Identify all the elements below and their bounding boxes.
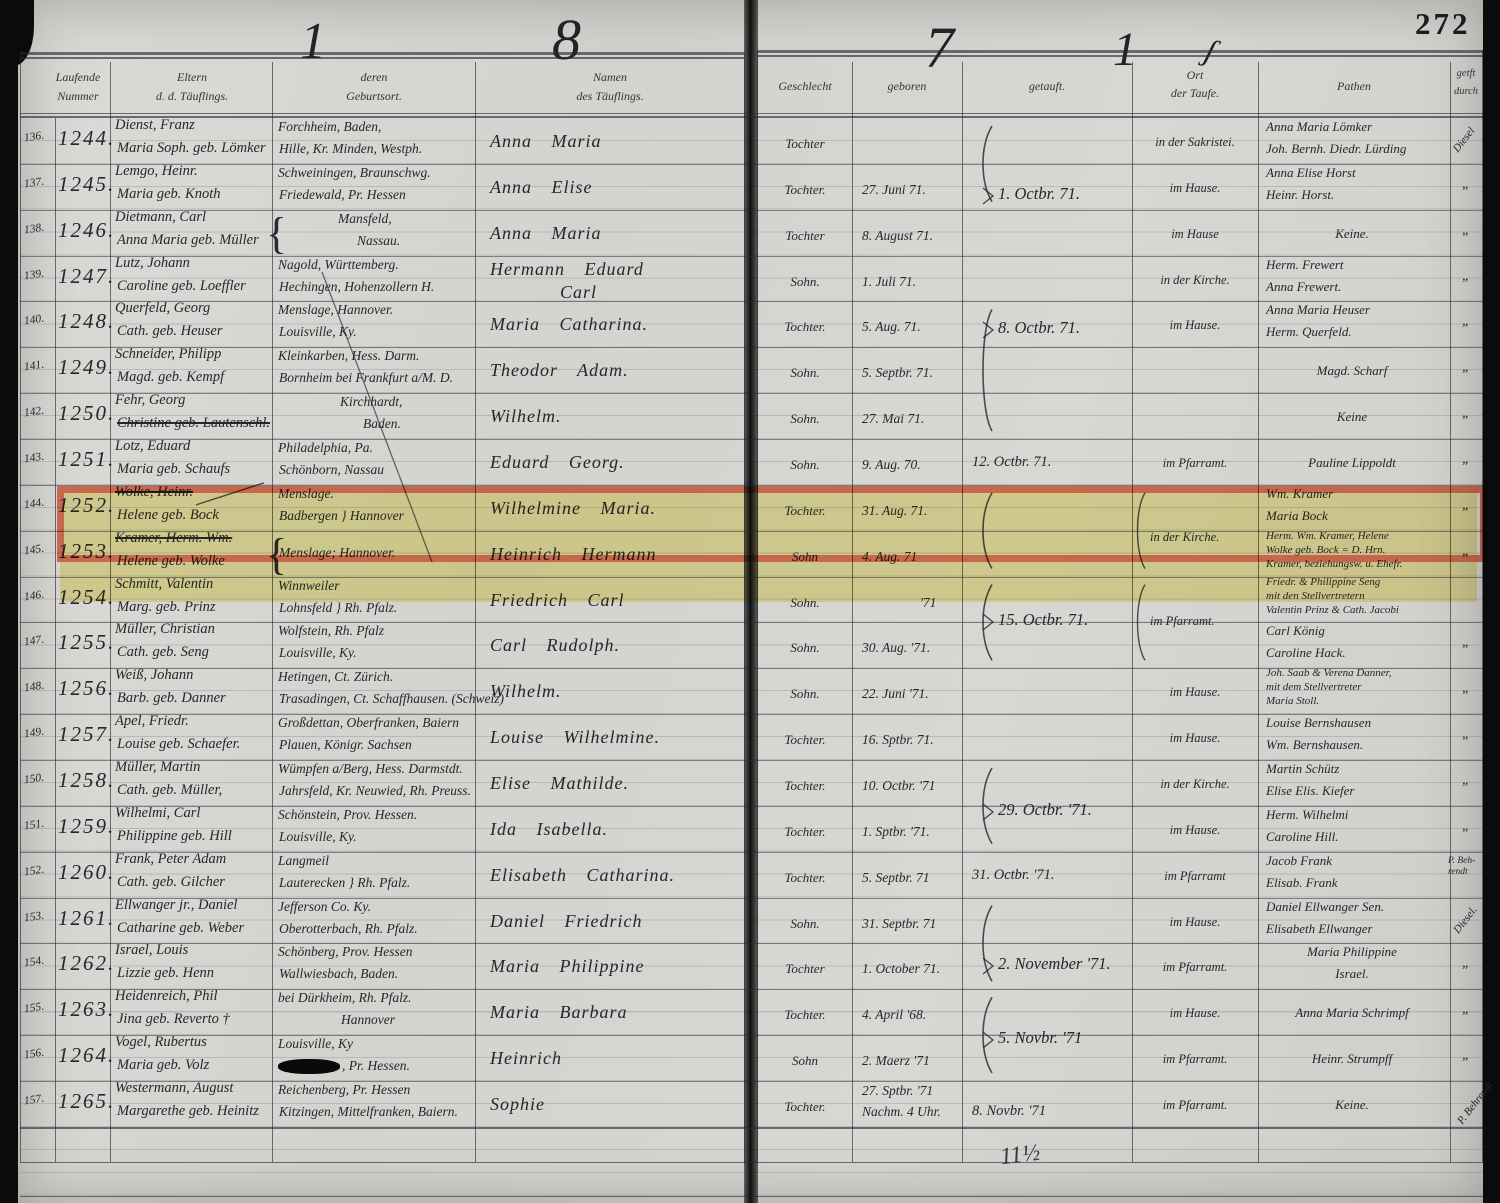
mother-name: Maria geb. Knoth: [117, 186, 221, 203]
baptism-place-group: in der Kirche.: [1150, 530, 1219, 545]
birthplace-line1: Nagold, Württemberg.: [278, 257, 399, 273]
mother-name: Lizzie geb. Henn: [117, 965, 214, 982]
mother-name: Helene geb. Bock: [117, 507, 219, 524]
sponsors-line: Valentin Prinz & Cath. Jacobi: [1266, 604, 1399, 616]
entry-number: 1246.: [58, 218, 115, 243]
entry-number: 1245.: [58, 172, 115, 197]
birthplace-line2: Wallwiesbach, Baden.: [279, 966, 398, 982]
birthplace-line1: Menslage.: [278, 486, 334, 502]
sponsors-line: Kramer, beziehungsw. u. Ehefr.: [1266, 558, 1402, 570]
entry-number: 1257.: [58, 722, 115, 747]
birthplace-line1: Winnweiler: [278, 578, 340, 594]
sponsors-line: Friedr. & Philippine Seng: [1266, 576, 1380, 588]
mother-name: Cath. geb. Seng: [117, 644, 209, 661]
baptism-date-group: 29. Octbr. '71.: [998, 800, 1092, 820]
register-entries: LaufendeNummerElternd. d. Täuflings.dere…: [0, 0, 1500, 1203]
mother-name: Christine geb. Lautenschl.: [117, 415, 270, 432]
sponsors-line: Elise Elis. Kiefer: [1266, 783, 1354, 799]
sponsors-line: Anna Maria Lömker: [1266, 119, 1372, 135]
row-index: 140.: [23, 313, 45, 328]
column-header-right-5-b: durch: [1454, 86, 1478, 97]
sponsors-line: Anna Maria Schrimpf: [1295, 1005, 1408, 1021]
baptism-place: im Pfarramt.: [1163, 456, 1228, 471]
baptism-place: im Pfarramt.: [1163, 960, 1228, 975]
birthplace-line1: Forchheim, Baden,: [278, 119, 381, 135]
entry-number: 1259.: [58, 814, 115, 839]
child-name: Maria Philippine: [490, 956, 645, 977]
sponsors-line: mit den Stellvertretern: [1266, 590, 1365, 602]
baptism-place: im Hause.: [1170, 318, 1221, 333]
sponsors-line: Carl König: [1266, 623, 1325, 639]
baptized-by: „: [1462, 635, 1470, 651]
entry-number: 1247.: [58, 264, 115, 289]
child-name: Carl: [560, 282, 597, 303]
sponsors-line: Anna Maria Heuser: [1266, 302, 1370, 318]
baptism-date-group: 5. Novbr. '71: [998, 1028, 1082, 1048]
mother-name: Louise geb. Schaefer.: [117, 736, 240, 753]
baptism-register-scan: 272 1 8 7 1 ʃ 11½ LaufendeNummerElternd.…: [0, 0, 1500, 1203]
birthplace-line1: Louisville, Ky: [278, 1036, 353, 1052]
birthplace-line2: Jahrsfeld, Kr. Neuwied, Rh. Preuss.: [279, 783, 471, 799]
father-name: Müller, Martin: [115, 759, 200, 776]
baptized-by: „: [1462, 544, 1470, 560]
mother-name: Philippine geb. Hill: [117, 828, 232, 845]
row-index: 141.: [23, 359, 45, 374]
father-name: Ellwanger jr., Daniel: [115, 897, 237, 914]
baptized-by: „: [1462, 223, 1470, 239]
birth-date: 27. Sptbr. '71: [862, 1083, 933, 1099]
baptized-by: „: [1462, 269, 1470, 285]
column-header-left-3: Namen: [593, 70, 627, 85]
entry-number: 1255.: [58, 630, 115, 655]
birthplace-line1: Langmeil: [278, 853, 329, 869]
mother-name: Maria Soph. geb. Lömker: [117, 140, 266, 157]
sponsors-line: Wolke geb. Bock = D. Hrn.: [1266, 544, 1385, 556]
column-header-right-2: getauft.: [1029, 79, 1065, 94]
baptized-by: „: [1462, 956, 1470, 972]
row-index: 156.: [23, 1047, 45, 1062]
sponsors-line: mit dem Stellvertreter: [1266, 681, 1362, 693]
child-name: Heinrich: [490, 1048, 562, 1069]
column-header-left-2: deren: [361, 70, 388, 85]
birthplace-line1: Mansfeld,: [338, 211, 392, 227]
row-index: 144.: [23, 497, 45, 512]
father-name: Fehr, Georg: [115, 392, 185, 409]
column-header-left-1: Eltern: [177, 70, 207, 85]
child-name: Daniel Friedrich: [490, 911, 642, 932]
mother-name: Maria geb. Schaufs: [117, 461, 230, 478]
row-index: 143.: [23, 451, 45, 466]
baptized-by: „: [1462, 1048, 1470, 1064]
row-index: 136.: [23, 130, 45, 145]
baptized-by: „: [1462, 177, 1470, 193]
sponsors-line: Maria Philippine: [1307, 944, 1397, 960]
father-name: Apel, Friedr.: [115, 713, 189, 730]
baptism-date-group: 15. Octbr. 71.: [998, 610, 1088, 630]
sponsors-line: Caroline Hack.: [1266, 645, 1346, 661]
entry-number: 1260.: [58, 860, 115, 885]
sponsors-line: Keine.: [1335, 1097, 1369, 1113]
birthplace-line1: Hetingen, Ct. Zürich.: [278, 669, 393, 685]
baptized-by: „: [1462, 406, 1470, 422]
birth-date: 4. April '68.: [862, 1007, 926, 1023]
sponsors-line: Wm. Kramer: [1266, 486, 1333, 502]
mother-name: Magd. geb. Kempf: [117, 369, 224, 386]
birth-date: 22. Juni '71.: [862, 686, 929, 702]
gender: Sohn.: [790, 595, 819, 611]
child-name: Eduard Georg.: [490, 452, 625, 473]
mother-name: Cath. geb. Heuser: [117, 323, 223, 340]
entry-number: 1265.: [58, 1089, 115, 1114]
father-name: Wolke, Heinr.: [115, 484, 193, 501]
gender: Tochter.: [784, 870, 825, 886]
father-name: Schneider, Philipp: [115, 346, 221, 363]
sponsors-line: Israel.: [1335, 966, 1369, 982]
sponsors-line: Magd. Scharf: [1317, 363, 1388, 379]
entry-number: 1256.: [58, 676, 115, 701]
birthplace-line2: Schönborn, Nassau: [279, 462, 384, 478]
birthplace-line2: Louisville, Ky.: [279, 324, 357, 340]
birth-date: 5. Septbr. 71: [862, 870, 930, 886]
row-index: 153.: [23, 909, 45, 924]
mother-name: Helene geb. Wolke: [117, 553, 225, 570]
entry-number: 1244.: [58, 126, 115, 151]
sponsors-line: Herm. Wilhelmi: [1266, 807, 1348, 823]
father-name: Lemgo, Heinr.: [115, 163, 198, 180]
birthplace-line1: Kirchhardt,: [340, 394, 402, 410]
father-name: Lutz, Johann: [115, 255, 190, 272]
baptism-date: 12. Octbr. 71.: [972, 454, 1051, 471]
baptized-by: „: [1462, 727, 1470, 743]
gender: Sohn.: [790, 365, 819, 381]
birth-date: Nachm. 4 Uhr.: [862, 1104, 941, 1120]
entry-number: 1262.: [58, 951, 115, 976]
birth-date: 1. Juli 71.: [862, 274, 916, 290]
column-header-right-3-b: der Taufe.: [1171, 86, 1219, 101]
father-name: Querfeld, Georg: [115, 300, 210, 317]
mother-name: Margarethe geb. Heinitz: [117, 1103, 259, 1120]
birthplace-line2: Nassau.: [357, 233, 400, 249]
entry-number: 1251.: [58, 447, 115, 472]
sponsors-line: Elisabeth Ellwanger: [1266, 921, 1373, 937]
child-name: Sophie: [490, 1094, 545, 1115]
birthplace-line2: Louisville, Ky.: [279, 829, 357, 845]
child-name: Wilhelm.: [490, 406, 562, 427]
column-header-right-1: geboren: [888, 79, 927, 94]
father-name: Lotz, Eduard: [115, 438, 190, 455]
entry-number: 1248.: [58, 309, 115, 334]
birthplace-line1: Schweiningen, Braunschwg.: [278, 165, 431, 181]
baptism-place: in der Kirche.: [1160, 273, 1229, 288]
birthplace-line1: bei Dürkheim, Rh. Pfalz.: [278, 990, 411, 1006]
mother-name: Barb. geb. Danner: [117, 690, 226, 707]
birthplace-line1: Schönberg, Prov. Hessen: [278, 944, 412, 960]
row-index: 150.: [23, 772, 45, 787]
father-name: Müller, Christian: [115, 621, 215, 638]
gender: Sohn.: [790, 457, 819, 473]
sponsors-line: Wm. Bernshausen.: [1266, 737, 1363, 753]
mother-name: Cath. geb. Gilcher: [117, 874, 225, 891]
birthplace-line2: Hechingen, Hohenzollern H.: [279, 279, 434, 295]
row-index: 145.: [23, 542, 45, 557]
baptism-place: im Hause.: [1170, 685, 1221, 700]
mother-name: Catharine geb. Weber: [117, 920, 244, 937]
gender: Tochter.: [784, 319, 825, 335]
row-index: 149.: [23, 726, 45, 741]
child-name: Carl Rudolph.: [490, 635, 620, 656]
baptism-date-group: 2. November '71.: [998, 954, 1111, 974]
mother-name: Anna Maria geb. Müller: [117, 232, 259, 249]
child-name: Anna Elise: [490, 177, 593, 198]
gender: Tochter: [785, 228, 824, 244]
birthplace-line1: Schönstein, Prov. Hessen.: [278, 807, 417, 823]
birthplace-line2: Louisville, Ky.: [279, 645, 357, 661]
baptism-place: in der Sakristei.: [1155, 135, 1235, 150]
birth-date: 9. Aug. 70.: [862, 457, 921, 473]
birthplace-line1: Kleinkarben, Hess. Darm.: [278, 348, 419, 364]
row-index: 157.: [23, 1093, 45, 1108]
gender: Tochter.: [784, 503, 825, 519]
sponsors-line: Herm. Wm. Kramer, Helene: [1266, 530, 1389, 542]
birth-date: 5. Septbr. 71.: [862, 365, 933, 381]
baptism-place: im Hause.: [1170, 731, 1221, 746]
sponsors-line: Joh. Saab & Verena Danner,: [1266, 667, 1391, 679]
sponsors-line: Heinr. Horst.: [1266, 187, 1334, 203]
baptism-place: im Hause.: [1170, 915, 1221, 930]
sponsors-line: Caroline Hill.: [1266, 829, 1338, 845]
father-name: Vogel, Rubertus: [115, 1034, 207, 1051]
baptized-by: Diesel: [1451, 125, 1478, 155]
sponsors-line: Keine.: [1335, 226, 1369, 242]
father-name: Israel, Louis: [115, 942, 188, 959]
row-index: 147.: [23, 634, 45, 649]
baptized-by: „: [1462, 819, 1470, 835]
gender: Tochter.: [784, 1099, 825, 1115]
entry-number: 1258.: [58, 768, 115, 793]
birth-date: 27. Mai 71.: [862, 411, 924, 427]
entry-number: 1253.: [58, 539, 115, 564]
birthplace-line2: Trasadingen, Ct. Schaffhausen. (Schweiz): [279, 691, 504, 707]
baptism-place: in der Kirche.: [1160, 777, 1229, 792]
row-index: 139.: [23, 267, 45, 282]
father-name: Dietmann, Carl: [115, 209, 206, 226]
gender: Sohn.: [790, 686, 819, 702]
birthplace-line2: Oberotterbach, Rh. Pfalz.: [279, 921, 418, 937]
child-name: Friedrich Carl: [490, 590, 625, 611]
birth-date: 5. Aug. 71.: [862, 319, 921, 335]
birth-date: 1. October 71.: [862, 961, 940, 977]
column-header-left-2-b: Geburtsort.: [346, 89, 402, 104]
child-name: Wilhelmine Maria.: [490, 498, 656, 519]
column-header-right-3: Ort: [1187, 68, 1204, 83]
baptism-date-group: 1. Octbr. 71.: [998, 184, 1080, 204]
birthplace-line2: Lauterecken } Rh. Pfalz.: [279, 875, 410, 891]
mother-name: Cath. geb. Müller,: [117, 782, 222, 799]
birthplace-line2: Kitzingen, Mittelfranken, Baiern.: [279, 1104, 458, 1120]
gender: Tochter.: [784, 824, 825, 840]
father-name: Westermann, August: [115, 1080, 233, 1097]
birthplace-line1: Reichenberg, Pr. Hessen: [278, 1082, 410, 1098]
baptism-place: im Pfarramt.: [1163, 1052, 1228, 1067]
mother-name: Marg. geb. Prinz: [117, 599, 216, 616]
row-index: 146.: [23, 588, 45, 603]
baptism-date: 31. Octbr. '71.: [972, 867, 1054, 884]
birthplace-line2: Menslage; Hannover.: [279, 545, 395, 561]
baptism-place: im Pfarramt.: [1163, 1098, 1228, 1113]
baptized-by: P. Beh-: [1448, 856, 1475, 866]
entry-number: 1254.: [58, 585, 115, 610]
sponsors-line: Anna Elise Horst: [1266, 165, 1356, 181]
gender: Tochter.: [784, 778, 825, 794]
birthplace-line1: Großdettan, Oberfranken, Baiern: [278, 715, 459, 731]
entry-number: 1264.: [58, 1043, 115, 1068]
birthplace-line1: Philadelphia, Pa.: [278, 440, 373, 456]
child-name: Elisabeth Catharina.: [490, 865, 675, 886]
baptized-by: „: [1462, 314, 1470, 330]
baptism-place: im Hause.: [1170, 823, 1221, 838]
baptism-place: im Hause.: [1170, 1006, 1221, 1021]
ink-blot: [278, 1059, 340, 1074]
father-name: Heidenreich, Phil: [115, 988, 218, 1005]
baptism-place: im Hause.: [1170, 181, 1221, 196]
gender: Sohn.: [790, 640, 819, 656]
column-header-left-0: Laufende: [56, 70, 101, 85]
column-header-right-5: getft: [1457, 68, 1476, 79]
birthplace-line1: Menslage, Hannover.: [278, 302, 393, 318]
child-name: Ida Isabella.: [490, 819, 608, 840]
baptism-place: im Hause: [1171, 227, 1219, 242]
entry-number: 1250.: [58, 401, 115, 426]
baptized-by: „: [1462, 360, 1470, 376]
baptized-by: „: [1462, 1002, 1470, 1018]
child-name: Elise Mathilde.: [490, 773, 629, 794]
birth-date: 31. Aug. 71.: [862, 503, 927, 519]
birth-date: 27. Juni 71.: [862, 182, 926, 198]
sponsors-line: Maria Bock: [1266, 508, 1328, 524]
row-index: 155.: [23, 1001, 45, 1016]
sponsors-line: Louise Bernshausen: [1266, 715, 1371, 731]
birthplace-line1: Jefferson Co. Ky.: [278, 899, 371, 915]
sponsors-line: Pauline Lippoldt: [1308, 455, 1396, 471]
birthplace-line2: Hannover: [341, 1012, 395, 1028]
father-name: Wilhelmi, Carl: [115, 805, 200, 822]
baptized-by: „: [1462, 452, 1470, 468]
row-index: 138.: [23, 221, 45, 236]
baptized-by: „: [1462, 773, 1470, 789]
gender: Sohn: [792, 1053, 818, 1069]
birth-date: 10. Octbr. '71: [862, 778, 935, 794]
birthplace-brace: {: [266, 208, 287, 259]
birth-date: '71: [920, 595, 936, 611]
birthplace-line2: Friedewald, Pr. Hessen: [279, 187, 406, 203]
birthplace-line2: Badbergen } Hannover: [279, 508, 404, 524]
entry-number: 1261.: [58, 906, 115, 931]
birthplace-line1: Wolfstein, Rh. Pfalz: [278, 623, 384, 639]
mother-name: Jina geb. Reverto †: [117, 1011, 230, 1028]
birthplace-line2: Baden.: [363, 416, 401, 432]
column-header-left-1-b: d. d. Täuflings.: [156, 89, 228, 104]
gender: Sohn: [792, 549, 818, 565]
baptized-by: Diesel.: [1451, 904, 1479, 936]
father-name: Schmitt, Valentin: [115, 576, 213, 593]
sponsors-line: Heinr. Strumpff: [1312, 1051, 1392, 1067]
gender: Sohn.: [790, 274, 819, 290]
birth-date: 1. Sptbr. '71.: [862, 824, 930, 840]
gender: Sohn.: [790, 411, 819, 427]
mother-name: Caroline geb. Loeffler: [117, 278, 246, 295]
sponsors-line: Joh. Bernh. Diedr. Lürding: [1266, 141, 1406, 157]
child-name: Anna Maria: [490, 131, 602, 152]
row-index: 154.: [23, 955, 45, 970]
birthplace-line1: Wümpfen a/Berg, Hess. Darmstdt.: [278, 761, 463, 777]
child-name: Theodor Adam.: [490, 360, 629, 381]
baptism-place-group: im Pfarramt.: [1150, 614, 1215, 629]
father-name: Dienst, Franz: [115, 117, 195, 134]
sponsors-line: Daniel Ellwanger Sen.: [1266, 899, 1384, 915]
birth-date: 4. Aug. 71: [862, 549, 917, 565]
child-name: Maria Barbara: [490, 1002, 628, 1023]
birthplace-line2: Lohnsfeld } Rh. Pfalz.: [279, 600, 397, 616]
birthplace-line2: Plauen, Königr. Sachsen: [279, 737, 412, 753]
sponsors-line: Jacob Frank: [1266, 853, 1332, 869]
sponsors-line: Keine: [1337, 409, 1367, 425]
gender: Tochter: [785, 961, 824, 977]
gender: Tochter: [785, 136, 824, 152]
child-name: Anna Maria: [490, 223, 602, 244]
child-name: Louise Wilhelmine.: [490, 727, 660, 748]
birthplace-line2: , Pr. Hessen.: [342, 1058, 410, 1074]
birth-date: 8. August 71.: [862, 228, 933, 244]
gender: Tochter.: [784, 732, 825, 748]
baptized-by: rendt: [1448, 867, 1468, 877]
baptized-by: P. Behrendt: [1455, 1079, 1496, 1126]
birth-date: 16. Sptbr. 71.: [862, 732, 934, 748]
father-name: Kramer, Herm. Wm.: [115, 530, 232, 547]
birthplace-line2: Hille, Kr. Minden, Westph.: [279, 141, 422, 157]
sponsors-line: Anna Frewert.: [1266, 279, 1341, 295]
father-name: Weiß, Johann: [115, 667, 193, 684]
child-name: Maria Catharina.: [490, 314, 648, 335]
sponsors-line: Elisab. Frank: [1266, 875, 1338, 891]
row-index: 142.: [23, 405, 45, 420]
gender: Tochter.: [784, 182, 825, 198]
row-index: 148.: [23, 680, 45, 695]
entry-number: 1252.: [58, 493, 115, 518]
column-header-left-3-b: des Täuflings.: [576, 89, 643, 104]
column-header-right-4: Pathen: [1337, 79, 1371, 94]
sponsors-line: Herm. Frewert: [1266, 257, 1344, 273]
baptized-by: „: [1462, 681, 1470, 697]
baptism-date-group: 8. Octbr. 71.: [998, 318, 1080, 338]
baptism-date: 8. Novbr. '71: [972, 1103, 1046, 1120]
father-name: Frank, Peter Adam: [115, 851, 226, 868]
column-header-right-0: Geschlecht: [778, 79, 831, 94]
sponsors-line: Martin Schütz: [1266, 761, 1339, 777]
row-index: 152.: [23, 863, 45, 878]
sponsors-line: Herm. Querfeld.: [1266, 324, 1352, 340]
entry-number: 1249.: [58, 355, 115, 380]
row-index: 151.: [23, 818, 45, 833]
entry-number: 1263.: [58, 997, 115, 1022]
gender: Tochter.: [784, 1007, 825, 1023]
sponsors-line: Maria Stoll.: [1266, 695, 1319, 707]
birthplace-line2: Bornheim bei Frankfurt a/M. D.: [279, 370, 453, 386]
child-name: Wilhelm.: [490, 681, 562, 702]
gender: Sohn.: [790, 916, 819, 932]
mother-name: Maria geb. Volz: [117, 1057, 209, 1074]
birth-date: 31. Septbr. 71: [862, 916, 936, 932]
child-name: Heinrich Hermann: [490, 544, 656, 565]
